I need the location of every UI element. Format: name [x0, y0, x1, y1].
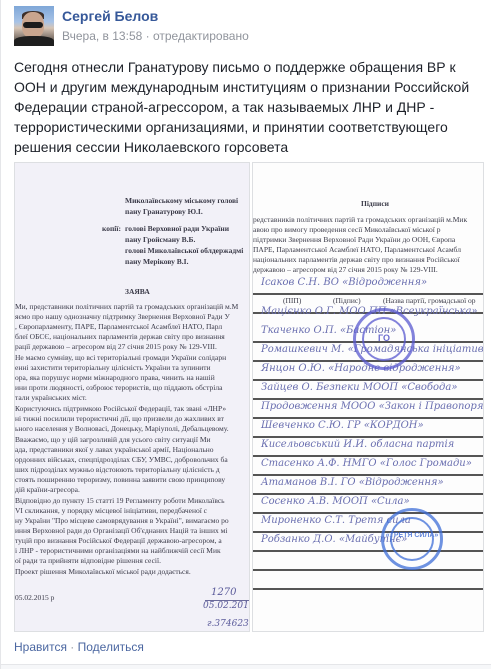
body-line: VI скликання, у порядку місцевої ініціат… [15, 506, 207, 516]
body-line: ора, яка порушує норми міжнародного прав… [15, 373, 215, 383]
body-line: ьного населення у Волновасі, Донецьку, М… [15, 424, 229, 434]
post-meta: Вчера, в 13:58 · отредактировано [62, 29, 249, 43]
signature-row: Зайцев О. Безпеки МООП «Свобода» [253, 380, 484, 400]
body-line: , Європарламенту, ПАРЕ, Парламентської А… [15, 322, 222, 332]
author-avatar[interactable] [14, 6, 54, 46]
signature-row: Ісаков С.Н. ВО «Відродження» [253, 275, 484, 295]
body-line: тали українських міст. [15, 393, 87, 403]
body-line: дій країни-агресора. [15, 485, 80, 495]
body-line: Ми, представники політичних партій та гр… [15, 302, 238, 312]
body-line: иння Верховної ради до Організації Об'єд… [15, 526, 227, 536]
signature-row: Шевченко С.Ю. ГР «КОРДОН» [253, 418, 484, 438]
body-line: енні захистити територіальну цілісність … [15, 363, 211, 373]
body-line: стоять поширенню тероризму, повинна заяв… [15, 475, 225, 485]
post-bottom-border [1, 664, 491, 669]
registration-date: 05.02.2015 [203, 601, 250, 611]
meta-separator: · [142, 29, 153, 43]
body-line: яємо про нашу однозначну підтримку Зверн… [15, 312, 230, 322]
like-link[interactable]: Нравится [14, 640, 67, 654]
photo-grid: Миколаївському міському голові пану Гран… [14, 162, 484, 632]
registration-number: 1270 [211, 587, 236, 598]
body-line: ої ради та прийняти відповідне рішення с… [15, 556, 161, 566]
copies-label: копії: [102, 224, 121, 234]
body-line: блеї ОБСЄ, національних парламентів держ… [15, 332, 225, 342]
signature-row: Кисельовський И.И. обласна партія [253, 437, 484, 457]
avatar-sunglasses [23, 22, 43, 28]
body-line: Відповідно до пункту 15 статті 19 Реглам… [15, 496, 225, 506]
body-line: ини проти людяності, озброює терористів,… [15, 383, 222, 393]
organization-stamp-tretya-syla: «ТРЕТЯ СИЛА» [381, 508, 443, 570]
signature-row: Стасенко А.Ф. НМГО «Голос Громади» [253, 456, 484, 476]
body-line: ну України "Про місцеве самоврядування в… [15, 516, 229, 526]
addressee-line-1: Миколаївському міському голові [125, 196, 238, 206]
avatar-shirt [14, 36, 54, 46]
facebook-post: Сергей Белов Вчера, в 13:58 · отредактир… [0, 0, 491, 669]
photo-statement-letter[interactable]: Миколаївському міському голові пану Гран… [14, 162, 250, 632]
copies-line-1: голові Верховної ради України [125, 224, 229, 234]
signature-row: Сосенко А.В. МООП «Сила» [253, 494, 484, 514]
edited-label[interactable]: отредактировано [153, 29, 249, 43]
actions-separator: · [67, 640, 78, 654]
photo-signatures[interactable]: Підписи редставників політичних партій т… [252, 162, 484, 632]
body-line: Проект рішення Миколаївської міської рад… [15, 567, 191, 577]
statement-date: 05.02.2015 р [15, 593, 54, 603]
share-link[interactable]: Поделиться [78, 640, 144, 654]
intro-line: ПАРЕ, Парламентської Асамблеї НАТО, Парл… [253, 245, 461, 255]
body-line: рації державою – агресором від 27 січня … [15, 342, 217, 352]
signature-row-empty [253, 570, 484, 590]
organization-stamp-1: ГО [353, 308, 415, 370]
intro-line: авою про вимогу проведення сесії Миколаї… [253, 225, 441, 235]
addressee-line-2: пану Гранатурову Ю.І. [125, 207, 203, 217]
post-actions: Нравится · Поделиться [14, 640, 144, 654]
body-line: туцій про визнання Російської Федерації … [15, 536, 222, 546]
signature-row: Атаманов В.І. ГО «Відродження» [253, 475, 484, 495]
body-line: Вважаємо, що у цій загрозливій для усьог… [15, 435, 211, 445]
signature-row: Продовження МООО «Закон і Правопорядок» [253, 399, 484, 419]
signatures-title: Підписи [361, 199, 389, 209]
post-text: Сегодня отнесли Гранатурову письмо о под… [14, 57, 484, 157]
signature-row: Робзанко Д.О. «Майбутнє» [253, 532, 484, 552]
statement-title: ЗАЯВА [125, 287, 150, 297]
copies-line-3: голові Миколаївської облдержадмі [125, 246, 243, 256]
body-line: ордонних військах, спецпідрозділах СБУ, … [15, 455, 228, 465]
intro-line: редставників політичних партій та громад… [253, 215, 467, 225]
signature-row: Мироненко С.Т. Третя сила [253, 513, 484, 533]
body-line: Не маємо сумніву, що всі територіальні г… [15, 353, 226, 363]
intro-line: підтримки Звернення Верховної Ради Украї… [253, 235, 455, 245]
copies-line-2: пану Гройсману В.Б. [125, 235, 195, 245]
body-line: Користуючись підтримкою Російської Федер… [15, 404, 226, 414]
body-line: і ЛНР - терористичними організаціями на … [15, 546, 221, 556]
registration-code: г.374623 [207, 619, 249, 629]
post-timestamp-link[interactable]: Вчера, в 13:58 [62, 29, 142, 43]
author-name-link[interactable]: Сергей Белов [62, 8, 158, 24]
intro-line: державою – агресором від 27 січня 2015 р… [253, 265, 438, 275]
intro-line: національних парламентів держав світу пр… [253, 255, 460, 265]
body-line: ада, представники якої у лавах українськ… [15, 445, 214, 455]
copies-line-4: пану Мерікову В.І. [125, 257, 188, 267]
signature-row-empty [253, 551, 484, 571]
body-line: ших підрозділах мужньо відстоюють терито… [15, 465, 220, 475]
body-line: ні тижні посилили терористичні дії, що п… [15, 414, 224, 424]
